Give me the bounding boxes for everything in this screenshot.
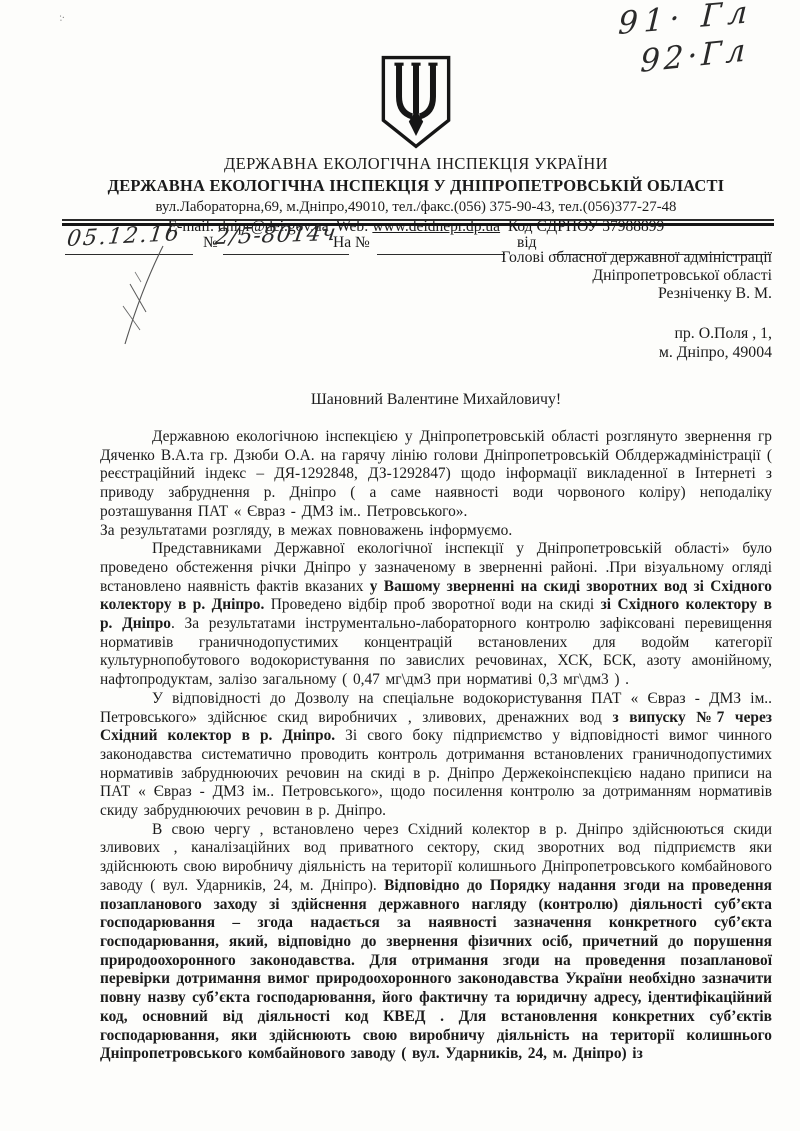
recipient-address-block: пр. О.Поля , 1,м. Дніпро, 49004 bbox=[659, 325, 772, 362]
bold-run: Відповідно до Порядку надання згоди на п… bbox=[100, 877, 772, 1062]
text-run: . За результатами інструментально-лабора… bbox=[100, 615, 772, 688]
recipient-line: Резніченку В. М. bbox=[501, 285, 772, 303]
letterhead: ДЕРЖАВНА ЕКОЛОГІЧНА ІНСПЕКЦІЯ УКРАЇНИ ДЕ… bbox=[60, 55, 772, 236]
org-name: ДЕРЖАВНА ЕКОЛОГІЧНА ІНСПЕКЦІЯ У ДНІПРОПЕ… bbox=[60, 176, 772, 196]
recipient-line: пр. О.Поля , 1, bbox=[659, 325, 772, 344]
paragraph: В свою чергу , встановлено через Східний… bbox=[100, 821, 772, 1064]
handwritten-outgoing-number: 2/5-8014ч bbox=[213, 221, 338, 250]
paragraph: У відповідності до Дозволу на спеціальне… bbox=[100, 690, 772, 821]
paragraph: Державною екологічною інспекцією у Дніпр… bbox=[100, 428, 772, 522]
recipient-lines: Голові обласної державної адміністраціїД… bbox=[501, 249, 772, 303]
recipient-line: м. Дніпро, 49004 bbox=[659, 344, 772, 363]
recipient-block: Голові обласної державної адміністраціїД… bbox=[501, 249, 772, 303]
ukraine-trident-emblem bbox=[376, 55, 456, 149]
text-run: За результатами розгляду, в межах повнов… bbox=[100, 522, 512, 539]
body-paragraphs: Державною екологічною інспекцією у Дніпр… bbox=[100, 428, 772, 1064]
paragraph: Представниками Державної екологічної інс… bbox=[100, 540, 772, 690]
recipient-line: Голові обласної державної адміністрації bbox=[501, 249, 772, 267]
org-parent-name: ДЕРЖАВНА ЕКОЛОГІЧНА ІНСПЕКЦІЯ УКРАЇНИ bbox=[60, 154, 772, 174]
pen-scribble-artifact bbox=[105, 242, 175, 352]
recipient-address-lines: пр. О.Поля , 1,м. Дніпро, 49004 bbox=[659, 325, 772, 362]
paragraph: За результатами розгляду, в межах повнов… bbox=[100, 522, 772, 541]
recipient-line: Дніпропетровської області bbox=[501, 267, 772, 285]
incoming-number-underline bbox=[377, 254, 505, 255]
number-underline bbox=[223, 254, 349, 255]
text-run: Проведено відбір проб зворотної води на … bbox=[264, 596, 600, 613]
org-address: вул.Лабораторна,69, м.Дніпро,49010, тел.… bbox=[60, 199, 772, 216]
incoming-number-label: На № bbox=[333, 234, 370, 252]
scanned-letter-page: 91· Гл 92·Гл ·: ДЕРЖАВНА ЕКОЛОГІЧНА ІНСП… bbox=[0, 0, 800, 1131]
scan-artifact-corner: ·: bbox=[55, 11, 67, 23]
text-run: Державною екологічною інспекцією у Дніпр… bbox=[100, 428, 772, 520]
salutation: Шановний Валентине Михайловичу! bbox=[100, 391, 772, 409]
